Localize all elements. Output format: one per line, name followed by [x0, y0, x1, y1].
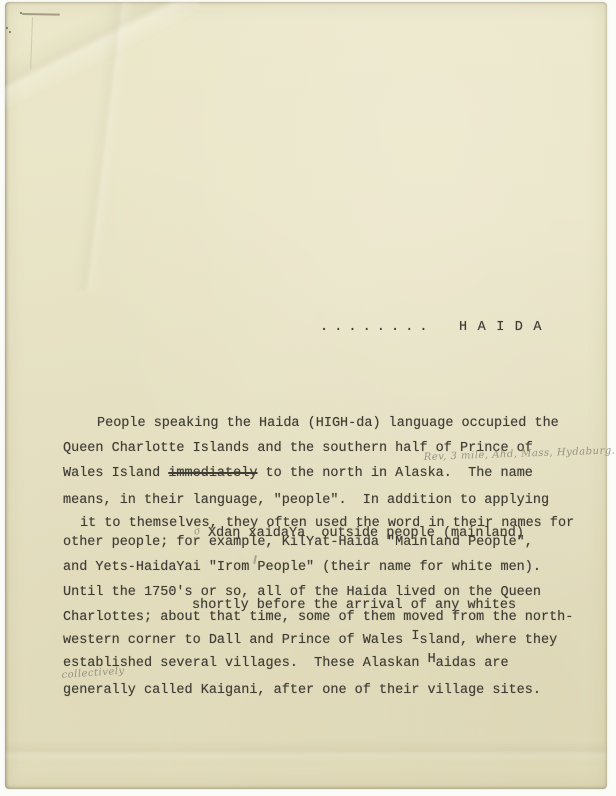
typed-line-12: western corner to Dall and Prince of Wal… [63, 634, 557, 648]
typed-line-14: generally called Kaigani, after one of t… [63, 684, 541, 698]
typed-line-8: and Yets-HaidaYai "Irom People" (their n… [63, 561, 541, 575]
text-run: sland, where they [419, 633, 557, 648]
typed-line-7: other people; for example, KilYat-Haida … [63, 536, 533, 550]
text-run: H [428, 652, 436, 667]
paper-speck-1 [6, 27, 8, 29]
text-run: Wales Island [63, 466, 168, 481]
typed-line-13: established several villages. These Alas… [63, 657, 509, 671]
title-word-haida: H A I D A [459, 321, 543, 335]
title-leader-dots: . . . . . . . . [320, 321, 427, 335]
paper-crease-bottom [5, 740, 607, 762]
text-run: other people; for example, KilYat-Haida … [63, 535, 533, 550]
page-title: . . . . . . . . H A I D A [0, 321, 616, 337]
text-run: aidas are [436, 656, 509, 671]
text-run: and Yets-HaidaYai "Irom People" (their n… [63, 560, 541, 575]
text-run: Charlottes; about that time, some of the… [63, 610, 573, 625]
paper-speck-3 [20, 12, 22, 14]
text-run: means, in their language, "people". In a… [63, 493, 549, 508]
text-run: to the north in Alaska. The name [257, 466, 532, 481]
paper-crease-left [73, 2, 135, 292]
typed-line-1: People speaking the Haida (HIGH-da) lang… [97, 417, 559, 431]
typed-line-4: means, in their language, "people". In a… [63, 494, 549, 508]
typed-line-3: Wales Island immediately to the north in… [63, 467, 533, 481]
text-run: western corner to Dall and Prince of Wal… [63, 633, 411, 648]
paper-speck-2 [9, 31, 11, 33]
text-run: People speaking the Haida (HIGH-da) lang… [97, 416, 559, 431]
paper-crease-top-left [5, 2, 203, 116]
text-run: generally called Kaigani, after one of t… [63, 683, 541, 698]
text-run: I [411, 629, 419, 644]
text-run: immediately [168, 466, 257, 481]
typed-line-11: Charlottes; about that time, some of the… [63, 611, 573, 625]
